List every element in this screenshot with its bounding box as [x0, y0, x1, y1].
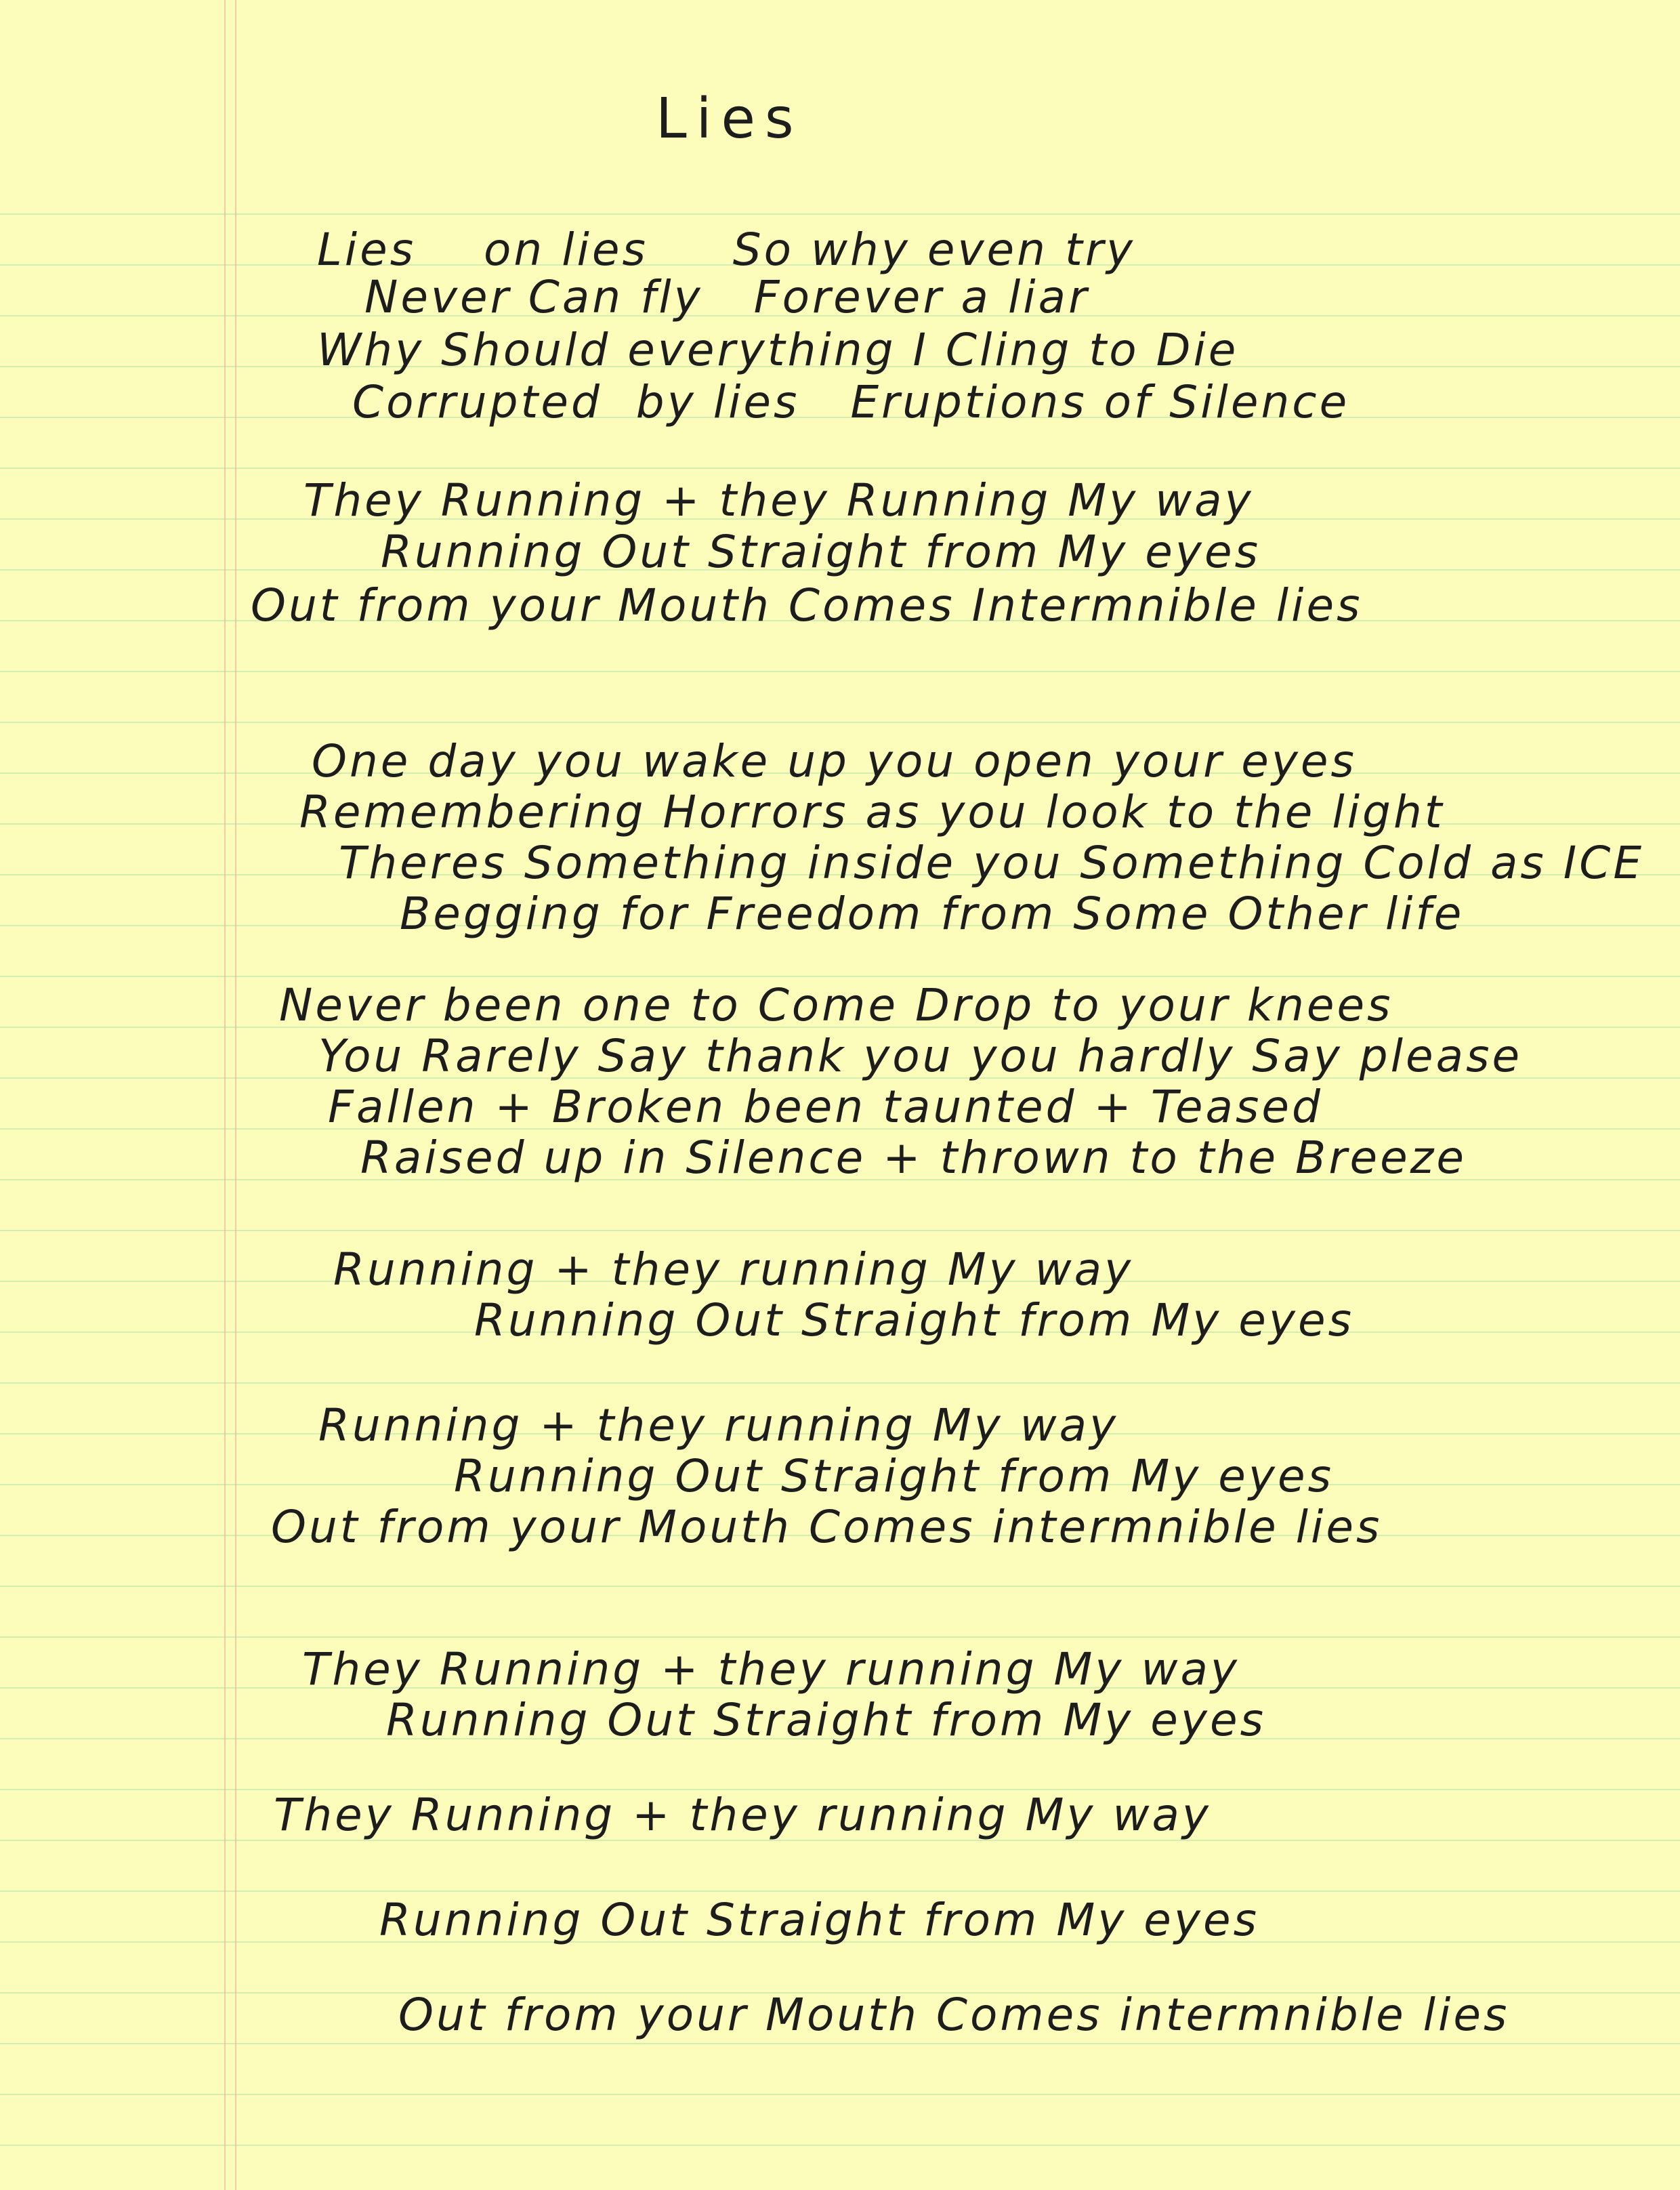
- lyric-line: Running Out Straight from My eyes: [386, 1694, 1266, 1746]
- margin-line-right: [235, 0, 236, 2190]
- lyric-line: You Rarely Say thank you you hardly Say …: [318, 1030, 1522, 1082]
- lyric-line: Running Out Straight from My eyes: [379, 1894, 1259, 1946]
- margin-line-left: [224, 0, 226, 2190]
- lyric-line: One day you wake up you open your eyes: [312, 735, 1357, 787]
- lyric-line: Lies on lies So why even try: [317, 224, 1135, 276]
- song-title: Lies: [656, 87, 803, 151]
- lyric-line: Fallen + Broken been taunted + Teased: [328, 1081, 1323, 1133]
- lyric-line: Remembering Horrors as you look to the l…: [299, 786, 1445, 838]
- lyric-line: Running + they running My way: [318, 1399, 1118, 1451]
- lyric-line: Theres Something inside you Something Co…: [339, 837, 1644, 889]
- lyric-line: Running Out Straight from My eyes: [454, 1450, 1334, 1502]
- lyric-line: Why Should everything I Cling to Die: [317, 324, 1238, 376]
- lyric-line: Out from your Mouth Comes Intermnible li…: [251, 579, 1362, 632]
- lyric-line: They Running + they running My way: [274, 1789, 1211, 1841]
- lyric-line: Corrupted by lies Eruptions of Silence: [352, 376, 1349, 428]
- lyric-line: Out from your Mouth Comes intermnible li…: [398, 1989, 1509, 2041]
- lyric-line: Running Out Straight from My eyes: [474, 1294, 1354, 1346]
- lyric-line: Out from your Mouth Comes intermnible li…: [271, 1501, 1382, 1553]
- page-header-area: [0, 0, 1680, 203]
- lyric-line: They Running + they running My way: [302, 1643, 1240, 1695]
- lyric-line: Running + they running My way: [333, 1243, 1133, 1296]
- lyric-line: Begging for Freedom from Some Other life: [400, 888, 1464, 940]
- lyric-line: Running Out Straight from My eyes: [381, 526, 1261, 578]
- lyric-line: Raised up in Silence + thrown to the Bre…: [360, 1132, 1467, 1184]
- lyric-line: They Running + they Running My way: [303, 474, 1254, 526]
- lyric-line: Never Can fly Forever a liar: [364, 271, 1089, 323]
- lyric-line: Never been one to Come Drop to your knee…: [279, 979, 1393, 1031]
